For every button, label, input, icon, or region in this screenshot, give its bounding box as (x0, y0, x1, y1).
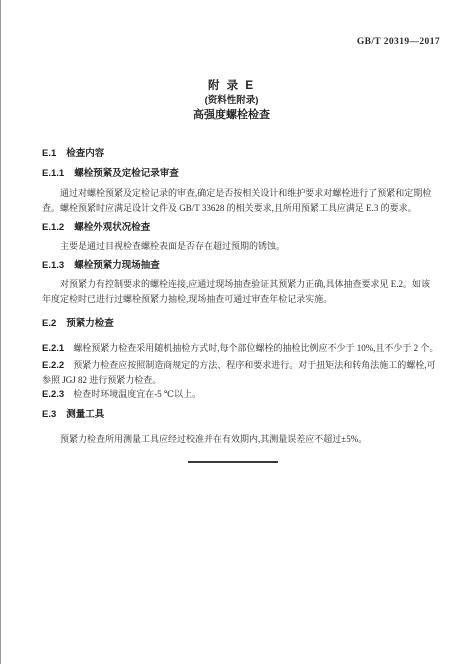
appendix-type-label: (资料性附录) (0, 94, 463, 108)
heading-e13-number: E.1.3 (42, 260, 64, 271)
clause-e22-text: 预紧力检查应按照制造商规定的方法、程序和要求进行。对于扭矩法和转角法施工的螺栓,… (73, 360, 435, 370)
heading-e1-title: 检查内容 (66, 148, 104, 159)
heading-e2-title: 预紧力检查 (66, 318, 114, 329)
heading-e13: E.1.3螺栓预紧力现场抽查 (42, 258, 441, 273)
document-page: GB/T 20319—2017 附 录 E (资料性附录) 高强度螺栓检查 E.… (0, 0, 463, 664)
paragraph-line: 预紧力检查所用测量工具应经过校准并在有效期内,其测量误差应不超过±5%。 (42, 432, 441, 447)
paragraph-e11: 通过对螺栓预紧及定检记录的审查,确定是否按相关设计和维护要求对螺栓进行了预紧和定… (42, 186, 441, 216)
paragraph-e13: 对预紧力有控制要求的螺栓连接,应通过现场抽查验证其预紧力正确,具体抽查要求见 E… (42, 277, 441, 307)
appendix-title: 附 录 E (0, 79, 463, 94)
paragraph-line: 年度定检时已进行过螺栓预紧力抽检,现场抽查可通过审查年检记录实施。 (42, 292, 441, 307)
paragraph-line: 对预紧力有控制要求的螺栓连接,应通过现场抽查验证其预紧力正确,具体抽查要求见 E… (42, 277, 441, 292)
heading-e11-number: E.1.1 (42, 168, 64, 179)
heading-e3: E.3测量工具 (42, 407, 441, 422)
heading-e11: E.1.1螺栓预紧及定检记录审查 (42, 166, 441, 181)
heading-e2: E.2预紧力检查 (42, 316, 441, 331)
heading-e12-title: 螺栓外观状况检查 (74, 222, 150, 233)
standard-code: GB/T 20319—2017 (357, 37, 440, 47)
heading-e1: E.1检查内容 (42, 146, 441, 161)
clause-e22: E.2.2预紧力检查应按照制造商规定的方法、程序和要求进行。对于扭矩法和转角法施… (42, 358, 441, 388)
heading-e3-title: 测量工具 (66, 409, 104, 420)
heading-e12-number: E.1.2 (42, 222, 64, 233)
heading-e12: E.1.2螺栓外观状况检查 (42, 220, 441, 235)
heading-e3-number: E.3 (42, 409, 56, 420)
clause-e23-text: 检查时环境温度宜在-5 ℃以上。 (73, 389, 201, 399)
heading-e13-title: 螺栓预紧力现场抽查 (74, 260, 160, 271)
end-of-document-rule (188, 461, 278, 463)
clause-e21-text: 螺栓预紧力检查采用随机抽检方式时,每个部位螺栓的抽检比例应不少于 10%,且不少… (73, 343, 438, 353)
appendix-subject-title: 高强度螺栓检查 (0, 108, 463, 122)
clause-e22-text-continued: 参照 JGJ 82 进行预紧力检查。 (42, 373, 441, 388)
heading-e2-number: E.2 (42, 318, 56, 329)
heading-e1-number: E.1 (42, 148, 56, 159)
paragraph-line: 通过对螺栓预紧及定检记录的审查,确定是否按相关设计和维护要求对螺栓进行了预紧和定… (42, 186, 441, 201)
appendix-title-block: 附 录 E (资料性附录) 高强度螺栓检查 (0, 79, 463, 122)
paragraph-line: 主要是通过目视检查螺栓表面是否存在超过预期的锈蚀。 (42, 239, 441, 254)
heading-e11-title: 螺栓预紧及定检记录审查 (74, 168, 179, 179)
paragraph-e12: 主要是通过目视检查螺栓表面是否存在超过预期的锈蚀。 (42, 239, 441, 254)
clause-e23: E.2.3检查时环境温度宜在-5 ℃以上。 (42, 387, 441, 402)
paragraph-line: 查。螺栓预紧时应满足设计文件及 GB/T 33628 的相关要求,且所用预紧工具… (42, 201, 441, 216)
paragraph-e3: 预紧力检查所用测量工具应经过校准并在有效期内,其测量误差应不超过±5%。 (42, 432, 441, 447)
clause-e22-number: E.2.2 (42, 360, 64, 371)
clause-e23-number: E.2.3 (42, 389, 64, 400)
clause-e21: E.2.1螺栓预紧力检查采用随机抽检方式时,每个部位螺栓的抽检比例应不少于 10… (42, 341, 441, 356)
clause-e21-number: E.2.1 (42, 343, 64, 354)
